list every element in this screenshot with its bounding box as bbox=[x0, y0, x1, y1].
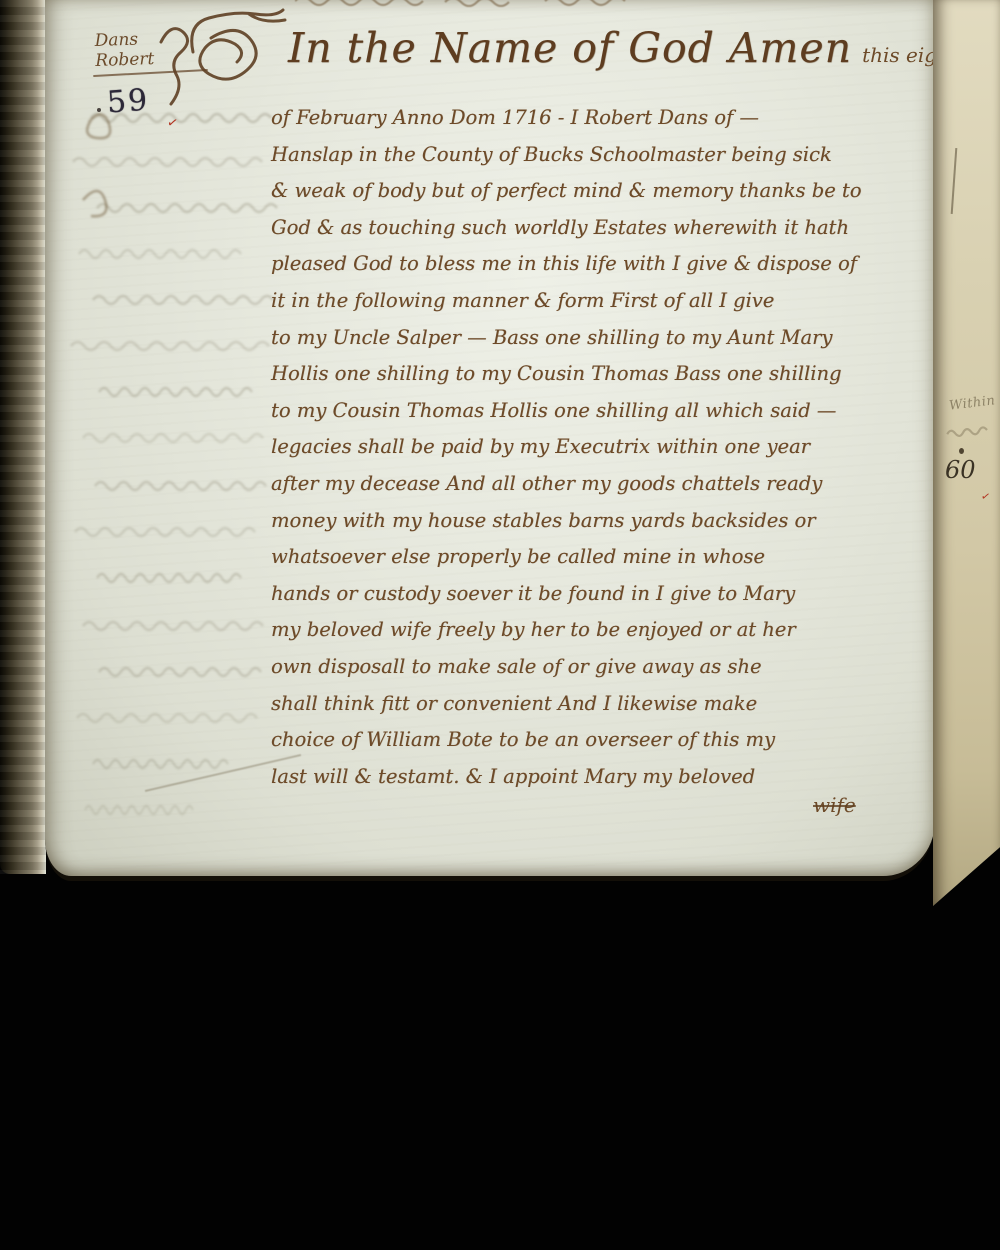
next-page-marginal-note: Within bbox=[948, 393, 996, 414]
next-page-crease bbox=[951, 148, 958, 214]
body-line: hands or custody soever it be found in I… bbox=[271, 576, 935, 613]
body-line: to my Uncle Salper — Bass one shilling t… bbox=[271, 320, 935, 357]
body-line: shall think fitt or convenient And I lik… bbox=[271, 686, 935, 723]
ink-dot bbox=[97, 108, 101, 112]
body-line: Hanslap in the County of Bucks Schoolmas… bbox=[271, 137, 935, 174]
next-page-edge: Within 60 ✓ bbox=[933, 0, 1000, 906]
body-line: God & as touching such worldly Estates w… bbox=[271, 210, 935, 247]
folio-number: 59 bbox=[106, 83, 151, 121]
body-line: legacies shall be paid by my Executrix w… bbox=[271, 429, 935, 466]
margin-name-line1: Dans bbox=[94, 29, 154, 51]
will-body-text: of February Anno Dom 1716 - I Robert Dan… bbox=[271, 100, 935, 795]
margin-testator-name: Dans Robert bbox=[94, 29, 154, 71]
body-line: & weak of body but of perfect mind & mem… bbox=[271, 173, 935, 210]
body-line: last will & testamt. & I appoint Mary my… bbox=[271, 759, 935, 796]
next-page-ink-blot bbox=[959, 448, 964, 454]
body-line: to my Cousin Thomas Hollis one shilling … bbox=[271, 393, 935, 430]
catchword: wife bbox=[813, 793, 856, 817]
body-line: pleased God to bless me in this life wit… bbox=[271, 246, 935, 283]
invocation-heading: In the Name of God Amenthis eighteenth d… bbox=[288, 24, 935, 72]
body-line: my beloved wife freely by her to be enjo… bbox=[271, 612, 935, 649]
body-line: of February Anno Dom 1716 - I Robert Dan… bbox=[271, 100, 935, 137]
cropped-top-line bbox=[295, 0, 715, 7]
body-line: whatsoever else properly be called mine … bbox=[271, 539, 935, 576]
manuscript-page: Dans Robert 59 ✓ In the Name of God Amen… bbox=[45, 0, 935, 881]
invocation-continuation: this eighteenth day bbox=[862, 43, 935, 67]
invocation-large-text: In the Name of God Amen bbox=[288, 24, 852, 72]
photograph-of-manuscript: Dans Robert 59 ✓ In the Name of God Amen… bbox=[0, 0, 1000, 1250]
body-line: it in the following manner & form First … bbox=[271, 283, 935, 320]
body-line: own disposall to make sale of or give aw… bbox=[271, 649, 935, 686]
next-page-red-mark: ✓ bbox=[980, 489, 992, 504]
body-line: money with my house stables barns yards … bbox=[271, 503, 935, 540]
body-line: after my decease And all other my goods … bbox=[271, 466, 935, 503]
next-page-scribble bbox=[944, 422, 991, 441]
bleedthrough-text bbox=[53, 104, 293, 844]
body-line: choice of William Bote to be an overseer… bbox=[271, 722, 935, 759]
body-line: Hollis one shilling to my Cousin Thomas … bbox=[271, 356, 935, 393]
margin-name-line2: Robert bbox=[95, 49, 155, 71]
book-spine-page-edges bbox=[0, 0, 46, 874]
next-page-folio-number: 60 bbox=[945, 456, 976, 484]
